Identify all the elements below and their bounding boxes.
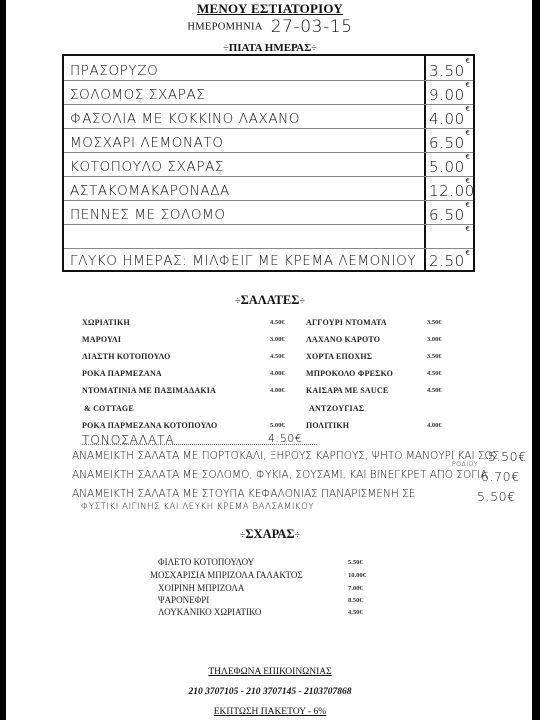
grill-item-name: ΜΟΣΧΑΡΙΣΙΑ ΜΠΡΙΖΟΛΑ ΓΑΛΑΚΤΟΣ [150,570,303,580]
daily-dish-row: ΓΛΥΚΟ ΗΜΕΡΑΣ: ΜΙΛΦΕΙΓ ΜΕ ΚΡΕΜΑ ΛΕΜΟΝΙΟΥ2… [64,248,473,270]
handwritten-salad-line2: ΦΥΣΤΙΚΙ ΑΙΓΙΝΗΣ ΚΑΙ ΛΕΥΚΗ ΚΡΕΜΑ ΒΑΛΣΑΜΙΚ… [81,502,314,512]
daily-dishes-heading-text: ΠΙΑΤΑ ΗΜΕΡΑΣ [229,42,312,54]
daily-dish-name: ΓΛΥΚΟ ΗΜΕΡΑΣ: ΜΙΛΦΕΙΓ ΜΕ ΚΡΕΜΑ ΛΕΜΟΝΙΟΥ [70,253,416,269]
daily-dish-row: ΜΟΣΧΑΡΙ ΛΕΜΟΝΑΤΟ6.50€ [64,128,473,153]
salad-name: ΠΟΛΙΤΙΚΗ [306,421,349,430]
daily-dish-price: 2.50 [429,252,465,270]
euro-icon: € [466,249,470,257]
grill-item-name: ΨΑΡΟΝΕΦΡΙ [158,595,209,605]
package-discount: ΕΚΠΤΩΣΗ ΠΑΚΕΤΟΥ - 6% [0,707,540,717]
daily-dish-row: ΠΕΝΝΕΣ ΜΕ ΣΟΛΟΜΟ6.50€ [64,200,473,225]
grill-item-name: ΦΙΛΕΤΟ ΚΟΤΟΠΟΥΛΟΥ [158,557,254,567]
salads-heading: ÷ΣΑΛΑΤΕΣ÷ [0,293,540,308]
handwritten-salad-price: 5.50€ [477,489,516,504]
handwritten-salad-name: ΑΝΑΜΕΙΚΤΗ ΣΑΛΑΤΑ ΜΕ ΣΤΟΥΠΑ ΚΕΦΑΛΟΝΙΑΣ ΠΑ… [72,488,415,500]
daily-dish-price: 5.00 [429,158,465,176]
daily-dish-name: ΚΟΤΟΠΟΥΛΟ ΣΧΑΡΑΣ [70,159,224,175]
handwritten-salad-price: 6.70€ [481,469,520,484]
daily-dish-price: 9.00 [429,86,465,104]
grill-heading: ÷ΣΧΑΡΑΣ÷ [0,527,540,542]
daily-dishes-heading: ÷ΠΙΑΤΑ ΗΜΕΡΑΣ÷ [0,42,540,54]
grill-heading-text: ΣΧΑΡΑΣ [245,527,294,541]
salad-name: ΚΑΙΣΑΡΑ ΜΕ SAUCE [306,386,388,395]
salad-name: ΡΟΚΑ ΠΑΡΜΕΖΑΝΑ ΚΟΤΟΠΟΥΛΟ [82,421,217,430]
salad-price: 5.00€ [270,422,285,429]
daily-dish-name: ΠΕΝΝΕΣ ΜΕ ΣΟΛΟΜΟ [70,207,226,223]
contact-phones: 210 3707105 - 210 3707145 - 2103707868 [0,687,540,697]
daily-dish-name: ΜΟΣΧΑΡΙ ΛΕΜΟΝΑΤΟ [70,135,224,151]
date-label: ΗΜΕΡΟΜΗΝΙΑ [187,22,262,33]
handwritten-salad-name: ΑΝΑΜΕΙΚΤΗ ΣΑΛΑΤΑ ΜΕ ΣΟΛΟΜΟ, ΦΥΚΙΑ, ΣΟΥΣΑ… [72,469,487,481]
menu-title: ΜΕΝΟΥ ΕΣΤΙΑΤΟΡΙΟΥ [0,1,540,17]
salad-name: ΛΑΧΑΝΟ ΚΑΡΟΤΟ [306,335,380,344]
scan-edge-right [532,0,540,720]
daily-dishes-box: ΠΡΑΣΟΡΥΖΟ3.50€ΣΟΛΟΜΟΣ ΣΧΑΡΑΣ9.00€ΦΑΣΟΛΙΑ… [62,54,475,272]
euro-icon: € [466,225,470,233]
salad-price: 4.00€ [427,422,442,429]
euro-icon: € [466,57,470,65]
daily-dish-row: ΚΟΤΟΠΟΥΛΟ ΣΧΑΡΑΣ5.00€ [64,152,473,177]
daily-dish-row: € [64,224,473,249]
euro-icon: € [466,129,470,137]
salad-price: 3.50€ [427,353,442,360]
salad-name: ΝΤΟΜΑΤΙΝΙΑ ΜΕ ΠΑΞΙΜΑΔΑΚΙΑ [82,386,216,395]
euro-icon: € [466,81,470,89]
salad-name: ΑΓΓΟΥΡΙ ΝΤΟΜΑΤΑ [306,318,387,327]
salad-price: 4.50€ [270,319,285,326]
date-row: ΗΜΕΡΟΜΗΝΙΑ 27-03-15 [0,17,540,37]
handwritten-salad-note: ΡΟΔΙΟΥ [452,461,478,468]
daily-dish-row: ΣΟΛΟΜΟΣ ΣΧΑΡΑΣ9.00€ [64,80,473,105]
salad-name: ΜΑΡΟΥΛΙ [82,335,121,344]
salad-price: 4.50€ [427,370,442,377]
daily-dish-price: 6.50 [429,206,465,224]
salad-price: 3.50€ [427,319,442,326]
handwritten-salad-price: 5.50€ [488,449,527,464]
euro-icon: € [466,201,470,209]
grill-item-name: ΛΟΥΚΑΝΙΚΟ ΧΩΡΙΑΤΙΚΟ [158,607,261,617]
euro-icon: € [466,177,470,185]
divider-ornament-icon: ÷ [299,296,305,307]
handwritten-salad-price: 4.50€ [268,432,303,445]
salad-name: ΡΟΚΑ ΠΑΡΜΕΖΑΝΑ [82,369,162,378]
salad-price: 4.50€ [427,387,442,394]
contact-heading: ΤΗΛΕΦΩΝΑ ΕΠΙΚΟΙΝΩΝΙΑΣ [0,667,540,677]
daily-dish-name: ΦΑΣΟΛΙΑ ΜΕ ΚΟΚΚΙΝΟ ΛΑΧΑΝΟ [70,111,300,127]
grill-item-price: 10.00€ [348,572,366,579]
salad-price: 3.00€ [270,336,285,343]
euro-icon: € [466,153,470,161]
salad-price: 4.50€ [270,353,285,360]
grill-item-price: 4.50€ [348,609,363,616]
daily-dish-name: ΠΡΑΣΟΡΥΖΟ [70,63,158,79]
salad-price: 4.00€ [270,370,285,377]
daily-dish-name: ΣΟΛΟΜΟΣ ΣΧΑΡΑΣ [70,87,205,103]
salad-name: ΛΙΑΣΤΗ ΚΟΤΟΠΟΥΛΟ [82,352,171,361]
salad-name: ΑΝΤΖΟΥΓΙΑΣ [309,404,364,413]
salad-price: 4.00€ [270,387,285,394]
daily-dish-price: 4.00 [429,110,465,128]
salad-name: ΧΩΡΙΑΤΙΚΗ [82,318,130,327]
salad-name: ΧΟΡΤΑ ΕΠΟΧΗΣ [306,352,372,361]
daily-dish-row: ΦΑΣΟΛΙΑ ΜΕ ΚΟΚΚΙΝΟ ΛΑΧΑΝΟ4.00€ [64,104,473,129]
grill-item-price: 8.50€ [348,597,363,604]
salads-heading-text: ΣΑΛΑΤΕΣ [241,293,300,307]
handwritten-salad-name: ΑΝΑΜΕΙΚΤΗ ΣΑΛΑΤΑ ΜΕ ΠΟΡΤΟΚΑΛΙ, ΞΗΡΟΥΣ ΚΑ… [72,450,499,462]
grill-item-name: ΧΟΙΡΙΝΗ ΜΠΡΙΖΟΛΑ [158,583,244,593]
salad-name: ΜΠΡΟΚΟΛΟ ΦΡΕΣΚΟ [306,369,393,378]
daily-dish-price: 3.50 [429,62,465,80]
scan-edge-left [0,0,6,720]
euro-icon: € [466,105,470,113]
salad-price: 3.00€ [427,336,442,343]
salad-name: & COTTAGE [84,404,134,413]
daily-dish-row: ΠΡΑΣΟΡΥΖΟ3.50€ [64,56,473,81]
date-value: 27-03-15 [271,17,353,37]
daily-dish-row: ΑΣΤΑΚΟΜΑΚΑΡΟΝΑΔΑ12.00€ [64,176,473,201]
divider-ornament-icon: ÷ [311,43,317,54]
daily-dish-price: 6.50 [429,134,465,152]
grill-item-price: 5.50€ [348,559,363,566]
daily-dish-name: ΑΣΤΑΚΟΜΑΚΑΡΟΝΑΔΑ [70,183,230,199]
handwritten-salad-name: ΤΟΝΟΣΑΛΑΤΑ [82,432,174,447]
divider-ornament-icon: ÷ [295,530,301,541]
grill-item-price: 7.00€ [348,585,363,592]
